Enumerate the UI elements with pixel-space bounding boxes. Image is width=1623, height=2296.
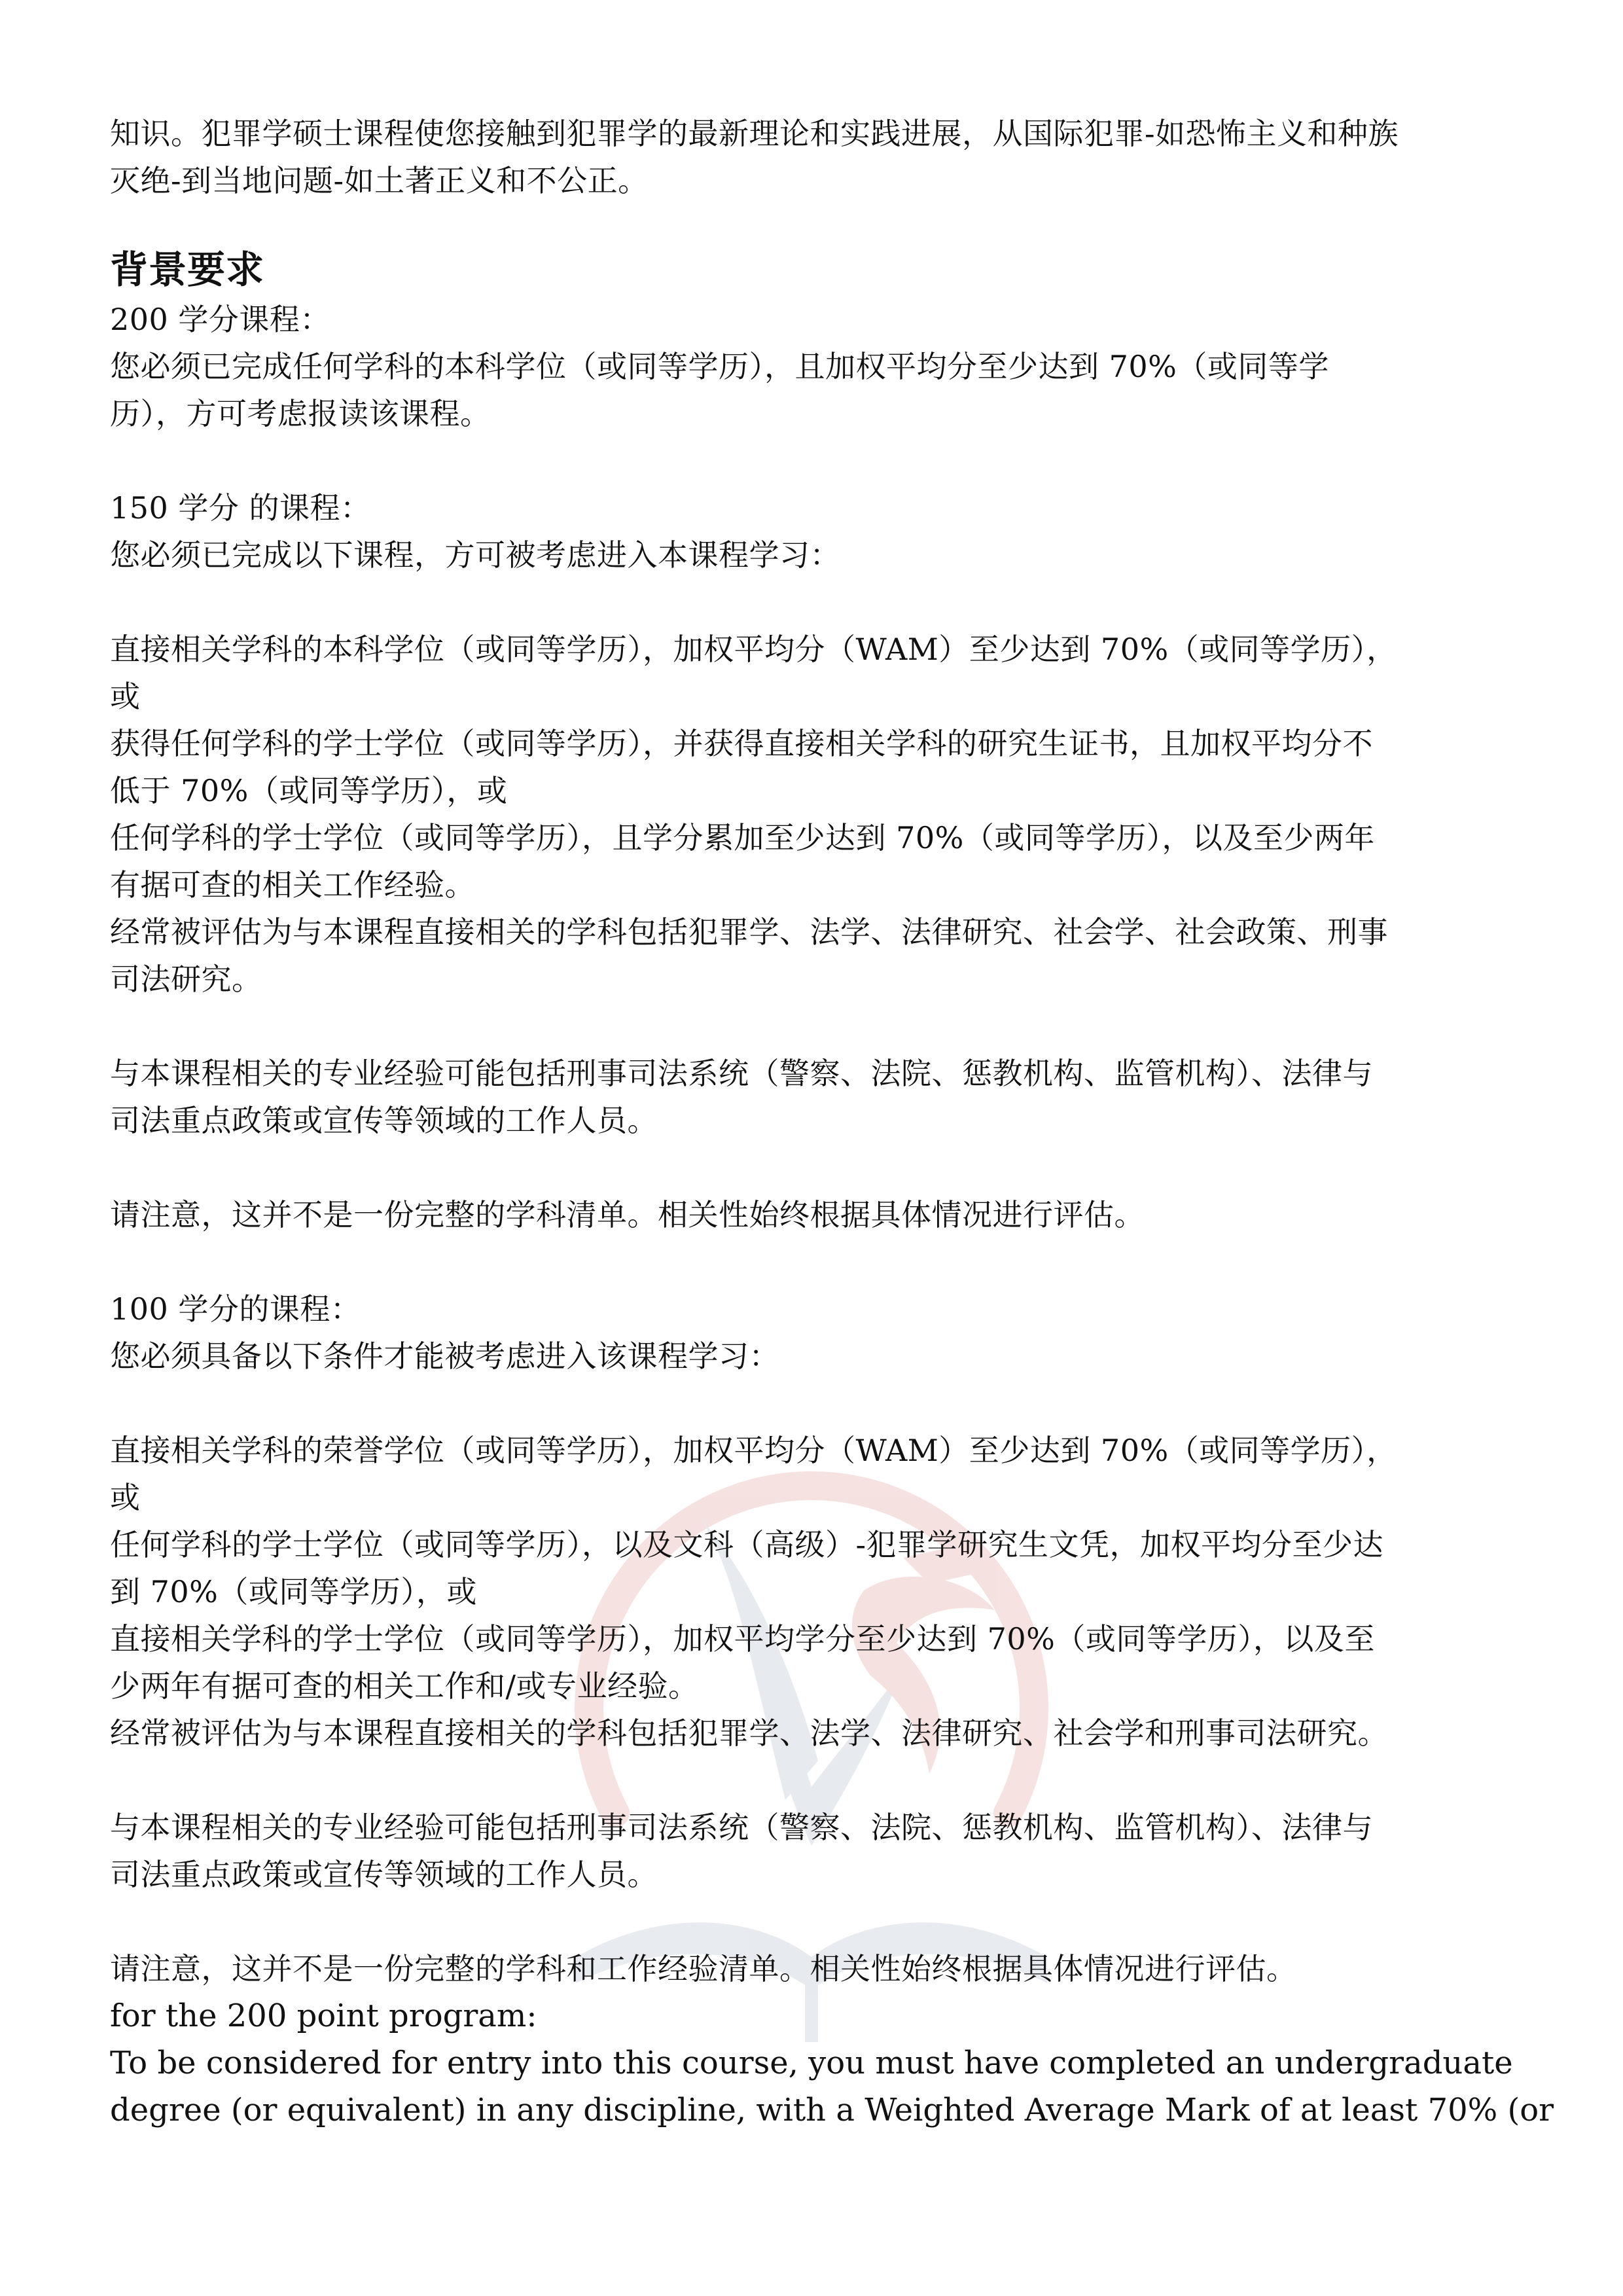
program-100-option-line: 少两年有据可查的相关工作和/或专业经验。: [110, 1662, 1524, 1710]
program-100-option-line: 直接相关学科的荣誉学位（或同等学历），加权平均分（WAM）至少达到 70%（或同…: [110, 1427, 1524, 1474]
intro-line: 灭绝-到当地问题-如土著正义和不公正。: [110, 157, 1524, 204]
program-100-title: 100 学分的课程：: [110, 1285, 1524, 1333]
program-150-section: 150 学分 的课程： 您必须已完成以下课程，方可被考虑进入本课程学习： 直接相…: [110, 484, 1524, 1238]
english-section: for the 200 point program: To be conside…: [110, 1992, 1524, 2134]
program-100-experience-line: 与本课程相关的专业经验可能包括刑事司法系统（警察、法院、惩教机构、监管机构）、法…: [110, 1804, 1524, 1851]
program-150-option-line: 任何学科的学士学位（或同等学历），且学分累加至少达到 70%（或同等学历），以及…: [110, 814, 1524, 861]
intro-paragraph: 知识。犯罪学硕士课程使您接触到犯罪学的最新理论和实践进展，从国际犯罪-如恐怖主义…: [110, 110, 1524, 204]
program-100-option-line: 或: [110, 1474, 1524, 1521]
program-200-line: 您必须已完成任何学科的本科学位（或同等学历），且加权平均分至少达到 70%（或同…: [110, 343, 1524, 390]
program-100-intro: 您必须具备以下条件才能被考虑进入该课程学习：: [110, 1333, 1524, 1380]
program-200-title: 200 学分课程：: [110, 296, 1524, 343]
program-150-option-line: 或: [110, 673, 1524, 720]
document-content: 知识。犯罪学硕士课程使您接触到犯罪学的最新理论和实践进展，从国际犯罪-如恐怖主义…: [110, 110, 1524, 2134]
program-150-option-line: 直接相关学科的本科学位（或同等学历），加权平均分（WAM）至少达到 70%（或同…: [110, 626, 1524, 673]
program-150-experience-line: 司法重点政策或宣传等领域的工作人员。: [110, 1097, 1524, 1144]
program-100-option-line: 到 70%（或同等学历），或: [110, 1568, 1524, 1615]
spacer: [110, 1898, 1524, 1945]
spacer: [110, 1380, 1524, 1427]
spacer: [110, 1144, 1524, 1191]
spacer: [110, 1757, 1524, 1804]
program-100-note: 请注意，这并不是一份完整的学科和工作经验清单。相关性始终根据具体情况进行评估。: [110, 1945, 1524, 1992]
program-150-option-line: 有据可查的相关工作经验。: [110, 861, 1524, 908]
section-heading: 背景要求: [110, 243, 1524, 296]
english-line: To be considered for entry into this cou…: [110, 2039, 1524, 2087]
program-100-option-line: 经常被评估为与本课程直接相关的学科包括犯罪学、法学、法律研究、社会学和刑事司法研…: [110, 1710, 1524, 1757]
english-line: degree (or equivalent) in any discipline…: [110, 2087, 1524, 2134]
program-100-option-line: 直接相关学科的学士学位（或同等学历），加权平均学分至少达到 70%（或同等学历）…: [110, 1615, 1524, 1662]
program-150-note: 请注意，这并不是一份完整的学科清单。相关性始终根据具体情况进行评估。: [110, 1191, 1524, 1238]
program-150-option-line: 经常被评估为与本课程直接相关的学科包括犯罪学、法学、法律研究、社会学、社会政策、…: [110, 908, 1524, 956]
program-100-option-line: 任何学科的学士学位（或同等学历），以及文科（高级）-犯罪学研究生文凭，加权平均分…: [110, 1521, 1524, 1568]
spacer: [110, 1238, 1524, 1285]
spacer: [110, 579, 1524, 626]
program-150-option-line: 司法研究。: [110, 956, 1524, 1003]
program-150-intro: 您必须已完成以下课程，方可被考虑进入本课程学习：: [110, 531, 1524, 579]
program-150-title: 150 学分 的课程：: [110, 484, 1524, 531]
program-150-option-line: 获得任何学科的学士学位（或同等学历），并获得直接相关学科的研究生证书，且加权平均…: [110, 720, 1524, 767]
program-200-section: 200 学分课程： 您必须已完成任何学科的本科学位（或同等学历），且加权平均分至…: [110, 296, 1524, 437]
spacer: [110, 1003, 1524, 1050]
program-100-section: 100 学分的课程： 您必须具备以下条件才能被考虑进入该课程学习： 直接相关学科…: [110, 1285, 1524, 1992]
program-150-experience-line: 与本课程相关的专业经验可能包括刑事司法系统（警察、法院、惩教机构、监管机构）、法…: [110, 1050, 1524, 1097]
program-200-line: 历），方可考虑报读该课程。: [110, 390, 1524, 437]
intro-line: 知识。犯罪学硕士课程使您接触到犯罪学的最新理论和实践进展，从国际犯罪-如恐怖主义…: [110, 110, 1524, 157]
spacer: [110, 437, 1524, 484]
document-page: 知识。犯罪学硕士课程使您接触到犯罪学的最新理论和实践进展，从国际犯罪-如恐怖主义…: [0, 0, 1623, 2296]
program-100-experience-line: 司法重点政策或宣传等领域的工作人员。: [110, 1851, 1524, 1898]
english-title: for the 200 point program:: [110, 1992, 1524, 2039]
program-150-option-line: 低于 70%（或同等学历），或: [110, 767, 1524, 814]
